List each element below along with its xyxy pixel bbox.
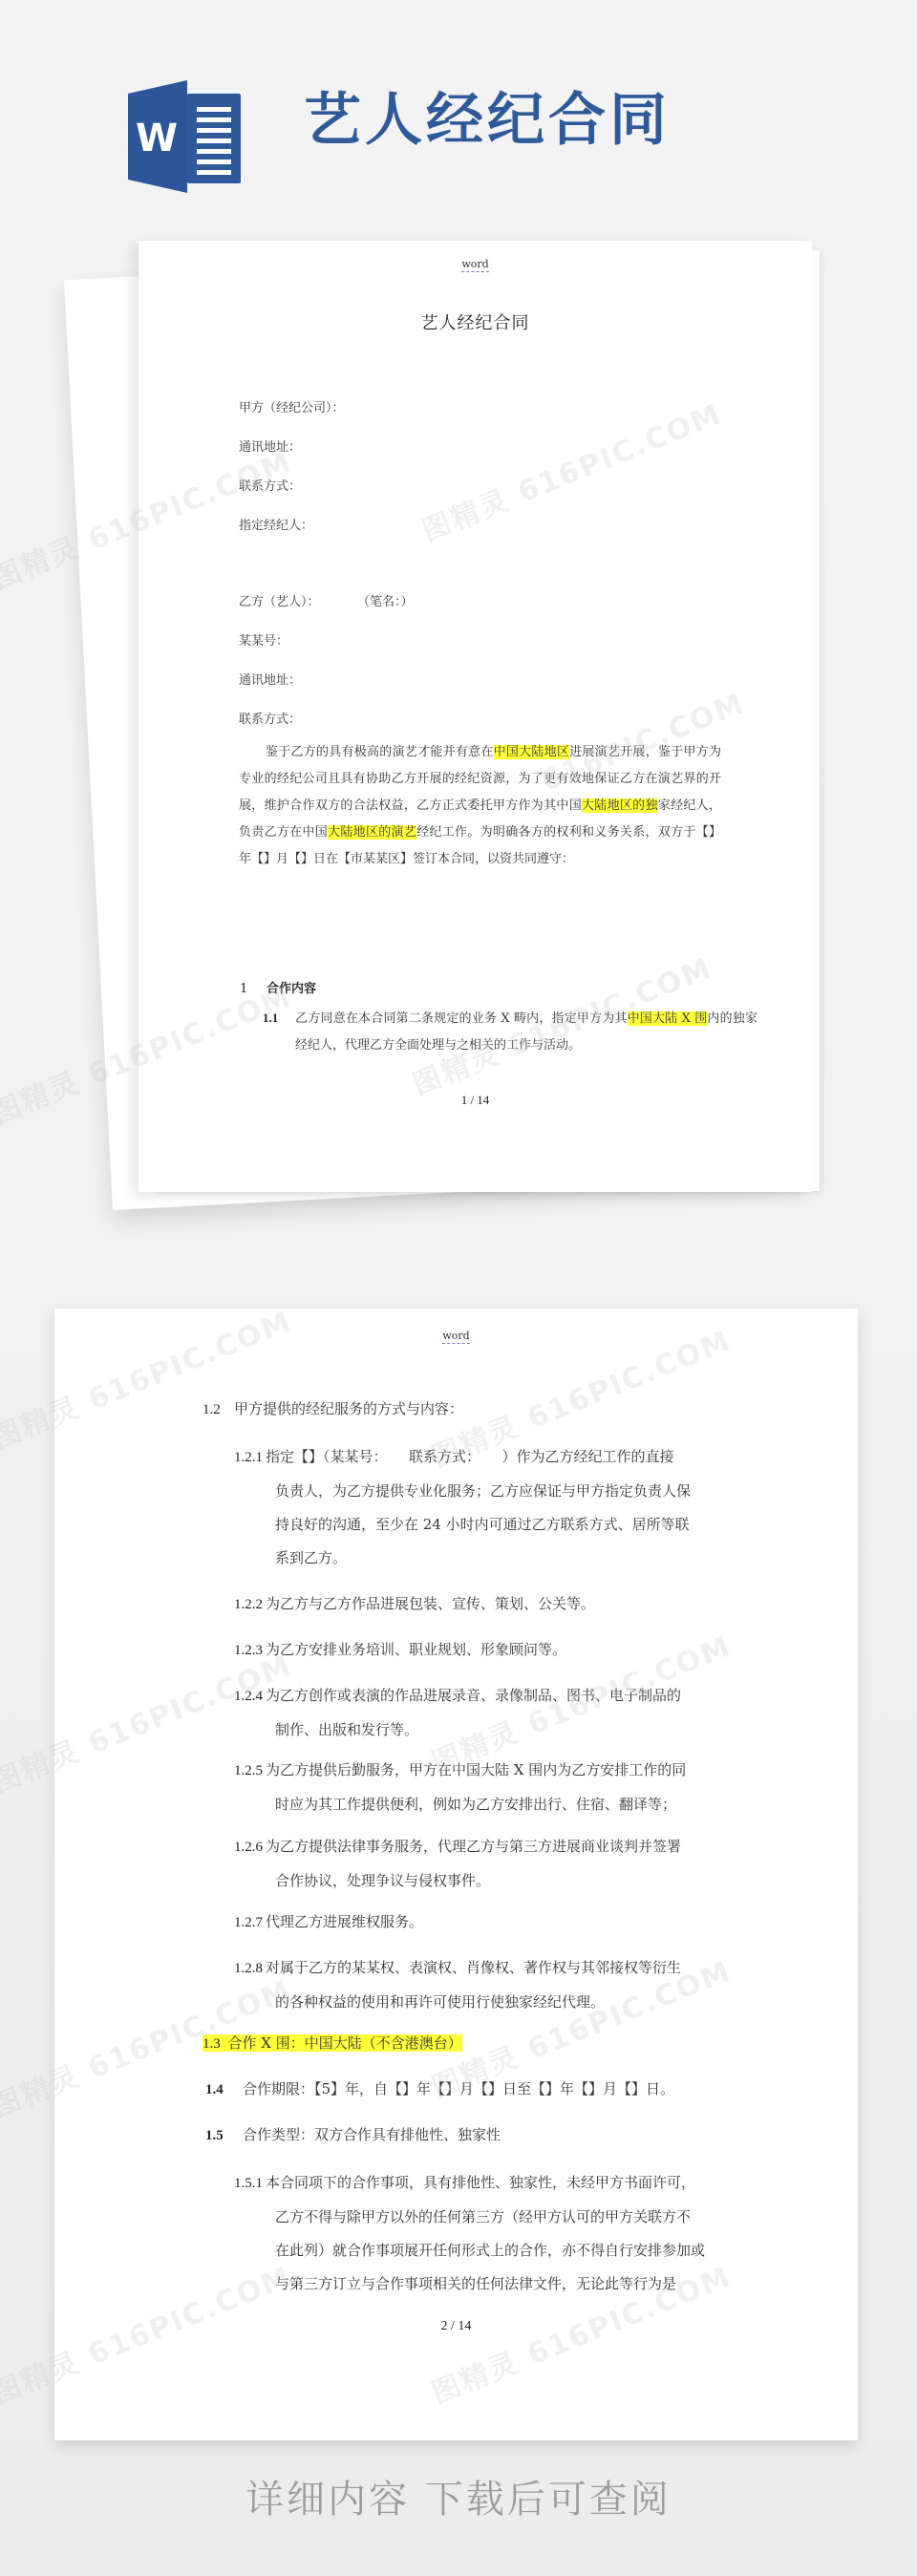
clause-1-2-8: 1.2.8对属于乙方的某某权、表演权、肖像权、著作权与其邻接权等衍生 的各种权益… (234, 1951, 769, 2019)
clause-1-2-2: 1.2.2为乙方与乙方作品进展包装、宣传、策划、公关等。 (234, 1587, 769, 1622)
party-a-label: 甲方（经纪公司）： (239, 397, 345, 415)
clause-1-5-1: 1.5.1本合同项下的合作事项，具有排他性、独家性，未经甲方书面许可， 乙方不得… (234, 2166, 788, 2301)
clause-1-2-4: 1.2.4为乙方创作或表演的作品进展录音、录像制品、图书、电子制品的 制作、出版… (234, 1679, 769, 1747)
clause-1-2: 1.2甲方提供的经纪服务的方式与内容： (203, 1393, 463, 1427)
word-logo-letter: W (136, 117, 178, 160)
highlight: 中国大陆地区 (494, 745, 570, 759)
clause-1-3: 1.3 合作 X 围：中国大陆（不含港澳台） (203, 2027, 462, 2061)
document-title: 艺人经纪合同 (139, 309, 812, 334)
section-1-heading: 1合作内容 (240, 978, 316, 996)
banner: W 艺人经纪合同 (0, 0, 917, 229)
preamble-paragraph: 鉴于乙方的具有极高的演艺才能并有意在中国大陆地区进展演艺开展，鉴于甲方为专业的经… (239, 739, 721, 873)
highlight: 中国大陆 X 围 (628, 1011, 708, 1026)
page-header: word (139, 258, 812, 270)
party-b-contact: 联系方式： (239, 709, 301, 727)
party-b-label: 乙方（艺人）：（笔名：） (239, 591, 414, 609)
page-header: word (54, 1330, 858, 1342)
clause-1-2-5: 1.2.5为乙方提供后勤服务，甲方在中国大陆 X 围内为乙方安排工作的同 时应为… (234, 1754, 769, 1821)
party-a-contact: 联系方式： (239, 476, 301, 494)
document-page-2: word 1.2甲方提供的经纪服务的方式与内容： 1.2.1指定【】（某某号： … (54, 1309, 858, 2440)
highlight: 大陆地区的独 (582, 798, 658, 813)
clause-1-2-6: 1.2.6为乙方提供法律事务服务，代理乙方与第三方进展商业谈判并签署 合作协议，… (234, 1830, 769, 1898)
download-hint: 详细内容 下载后可查阅 (0, 2469, 917, 2523)
document-page-1: word 艺人经纪合同 甲方（经纪公司）： 通讯地址： 联系方式： 指定经纪人：… (139, 241, 812, 1192)
highlight: 大陆地区的演艺 (328, 825, 416, 840)
party-a-address: 通讯地址： (239, 436, 301, 455)
banner-title: 艺人经纪合同 (304, 92, 671, 149)
clause-1-1: 1.1乙方同意在本合同第二条规定的业务 X 畴内，指定甲方为其中国大陆 X 围内… (263, 1005, 757, 1059)
party-b-alias: （笔名：） (364, 595, 414, 609)
page-number: 1 / 14 (139, 1093, 812, 1108)
party-a-agent: 指定经纪人： (239, 515, 313, 533)
party-b-id: 某某号： (239, 630, 288, 649)
clause-1-5: 1.5合作类型：双方合作具有排他性、独家性 (205, 2118, 501, 2153)
clause-1-2-3: 1.2.3为乙方安排业务培训、职业规划、形象顾问等。 (234, 1633, 769, 1668)
party-b-address: 通讯地址： (239, 670, 301, 688)
clause-1-2-7: 1.2.7代理乙方进展维权服务。 (234, 1905, 769, 1940)
clause-1-2-1: 1.2.1指定【】（某某号： 联系方式： ）作为乙方经纪工作的直接 负责人，为乙… (234, 1440, 769, 1575)
word-logo-icon: W (128, 80, 246, 193)
clause-1-4: 1.4合作期限：【5】年，自【】年【】月【】日至【】年【】月【】日。 (205, 2073, 674, 2107)
page-number: 2 / 14 (54, 2319, 858, 2334)
